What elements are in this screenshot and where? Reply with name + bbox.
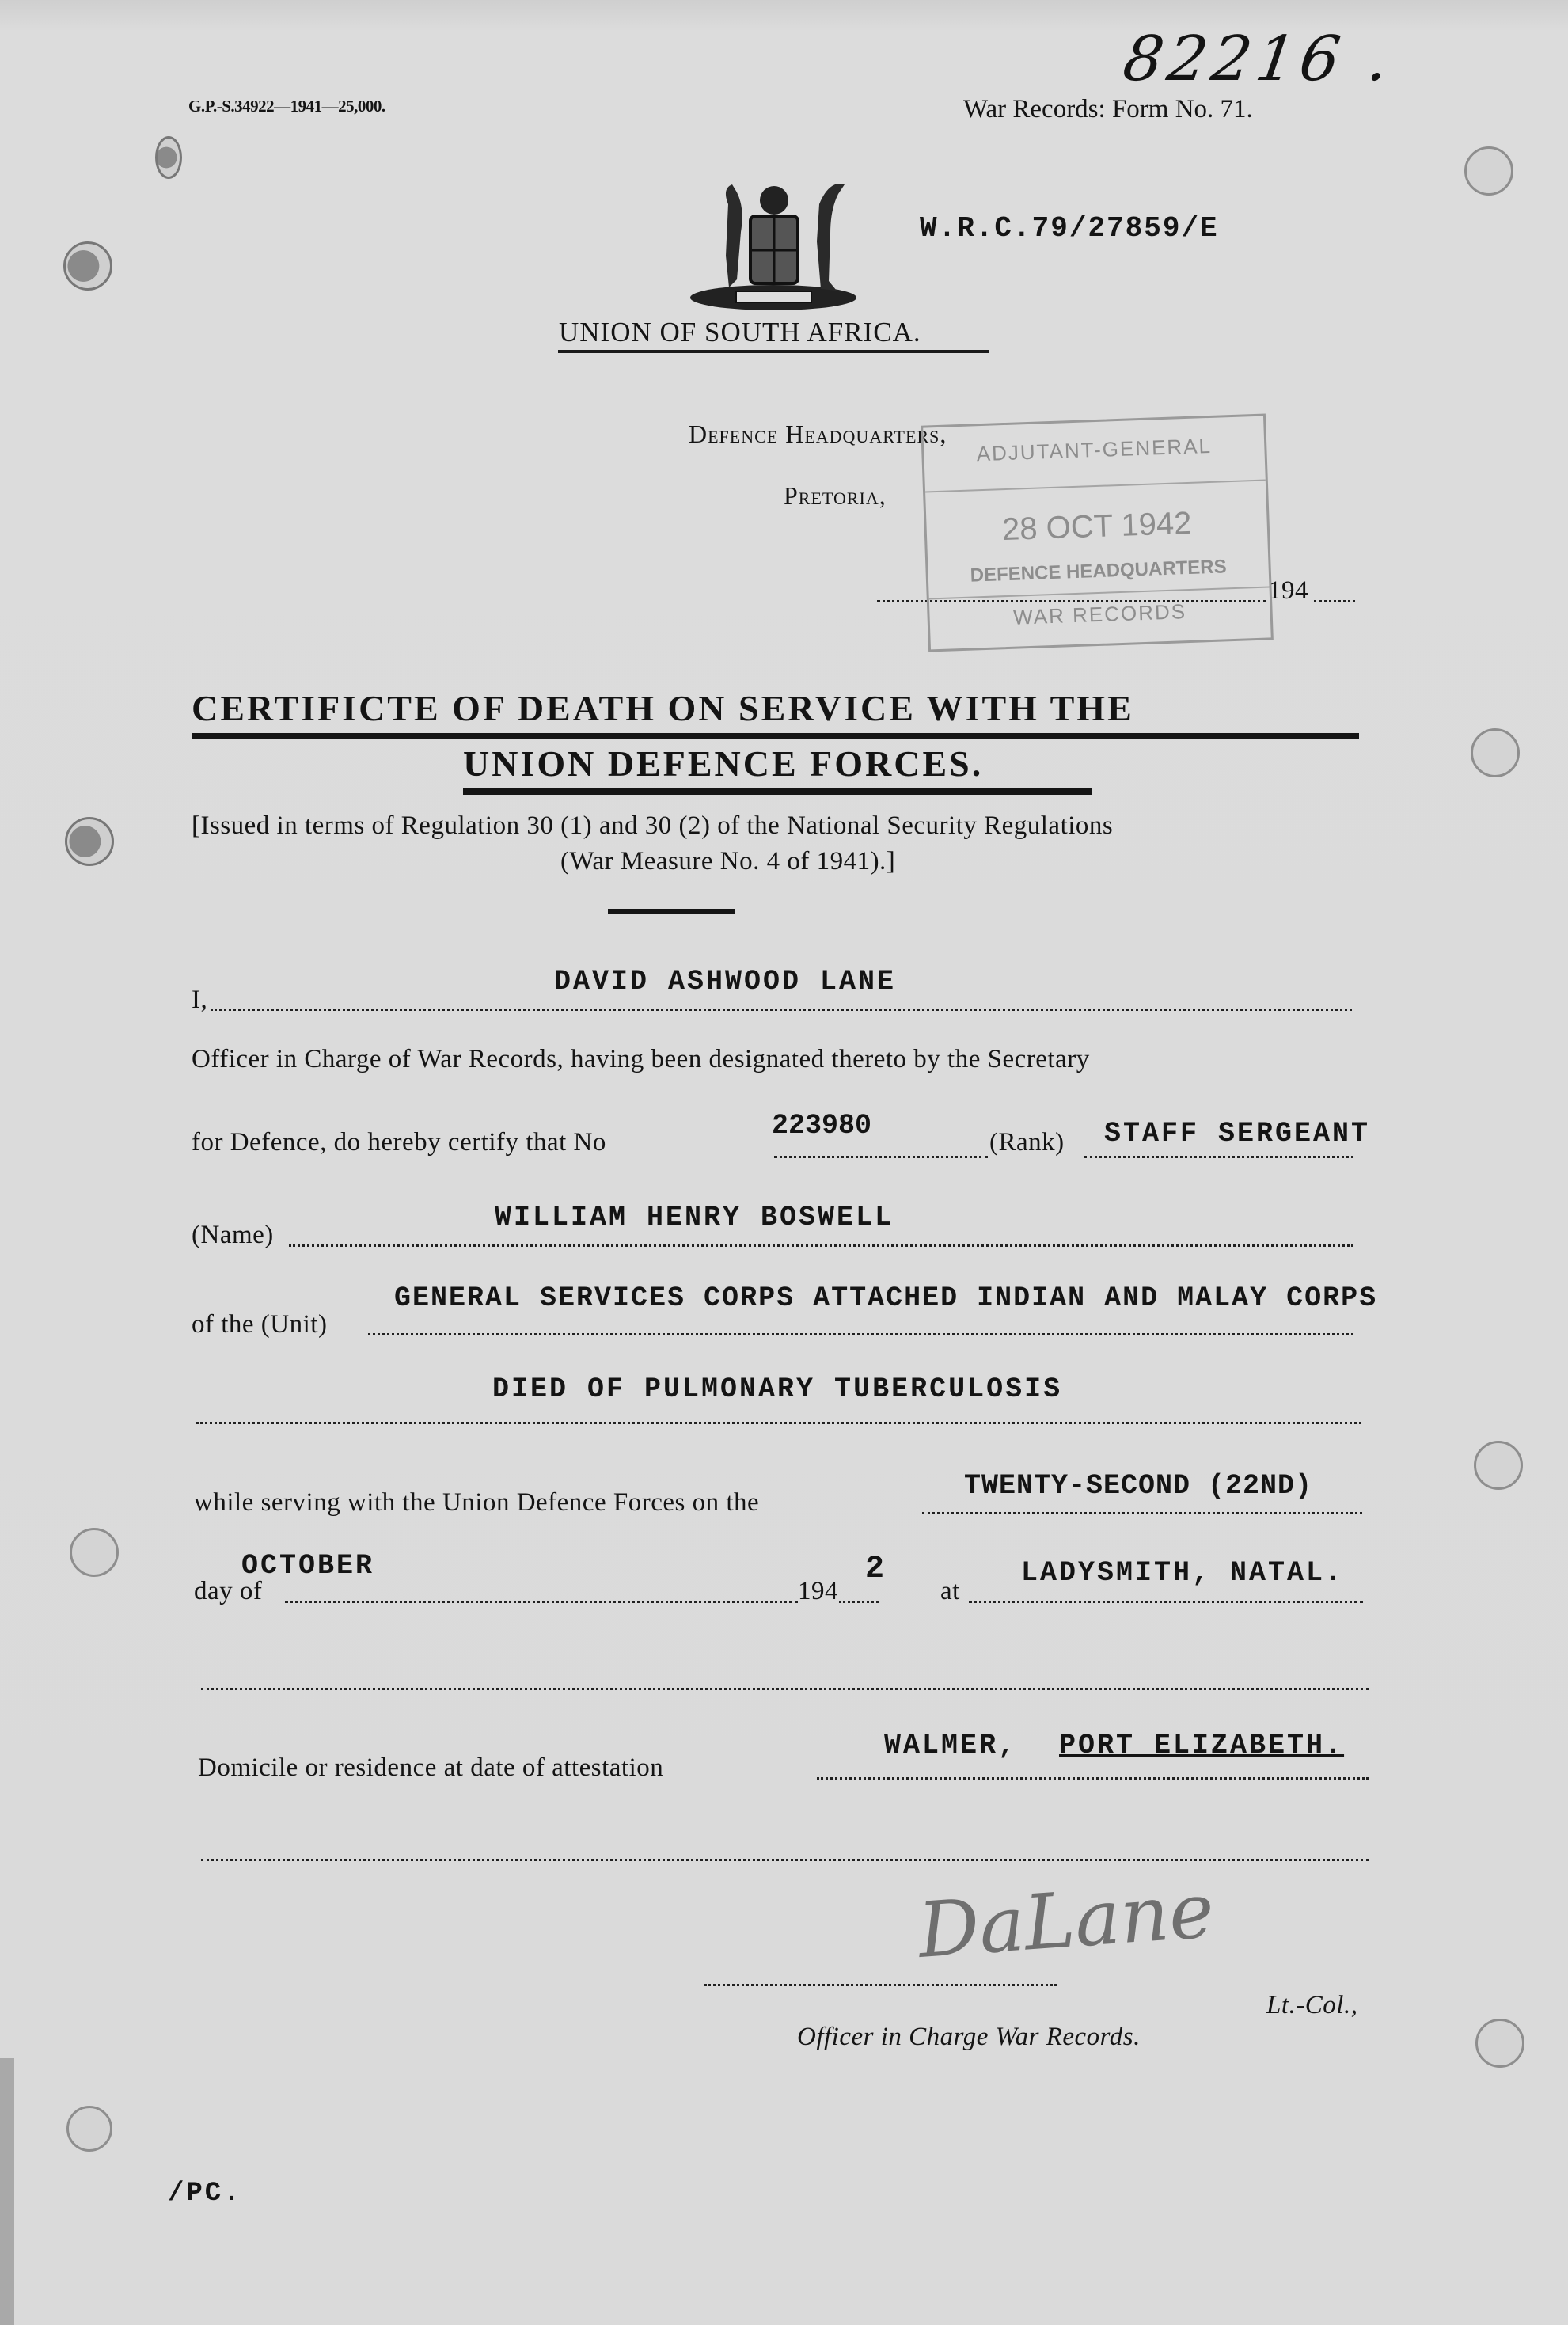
place-blank bbox=[969, 1601, 1363, 1603]
stamp-bottom: WAR RECORDS bbox=[929, 596, 1270, 633]
form-number: War Records: Form No. 71. bbox=[963, 95, 1253, 124]
year-prefix: 194 bbox=[798, 1577, 838, 1606]
service-number-blank bbox=[774, 1156, 988, 1158]
page-edge bbox=[0, 2058, 14, 2325]
punch-hole bbox=[65, 817, 114, 866]
stamp-middle: DEFENCE HEADQUARTERS bbox=[928, 554, 1269, 588]
certificate-title-line-1: CERTIFICTE OF DEATH ON SERVICE WITH THE bbox=[192, 687, 1134, 729]
place-of-death: LADYSMITH, NATAL. bbox=[1021, 1557, 1344, 1589]
certify-text: for Defence, do hereby certify that No bbox=[192, 1128, 606, 1157]
regulation-text-line-1: [Issued in terms of Regulation 30 (1) an… bbox=[192, 811, 1113, 841]
month-blank bbox=[285, 1601, 798, 1603]
signatory-title: Officer in Charge War Records. bbox=[797, 2023, 1141, 2052]
reference-number: W.R.C.79/27859/E bbox=[920, 212, 1219, 245]
domicile-blank bbox=[817, 1777, 1369, 1780]
cause-of-death: DIED OF PULMONARY TUBERCULOSIS bbox=[492, 1373, 1062, 1405]
officer-signature: DaLane bbox=[916, 1866, 1217, 1975]
footer-reference: /PC. bbox=[168, 2179, 242, 2209]
divider bbox=[558, 350, 989, 353]
blank-line bbox=[201, 1688, 1369, 1690]
stamp-top: ADJUTANT-GENERAL bbox=[924, 432, 1265, 469]
punch-hole bbox=[1475, 2019, 1524, 2068]
printer-code: G.P.-S.34922—1941—25,000. bbox=[188, 97, 385, 116]
address-line-2: Pretoria, bbox=[784, 481, 887, 511]
officer-name: DAVID ASHWOOD LANE bbox=[554, 966, 896, 997]
punch-hole bbox=[155, 136, 182, 179]
stamp-divider bbox=[925, 480, 1266, 493]
punch-hole bbox=[70, 1528, 119, 1577]
name-blank bbox=[289, 1244, 1353, 1247]
day-value: TWENTY-SECOND (22ND) bbox=[964, 1470, 1312, 1502]
punch-hole bbox=[1474, 1441, 1523, 1490]
unit-value: GENERAL SERVICES CORPS ATTACHED INDIAN A… bbox=[394, 1282, 1377, 1314]
date-blank bbox=[1314, 600, 1355, 602]
unit-label: of the (Unit) bbox=[192, 1310, 327, 1339]
service-number: 223980 bbox=[772, 1110, 871, 1142]
certificate-page: G.P.-S.34922—1941—25,000. War Records: F… bbox=[0, 0, 1568, 2325]
unit-blank bbox=[368, 1333, 1353, 1335]
address-line-1: Defence Headquarters, bbox=[689, 420, 947, 449]
punch-hole bbox=[1471, 728, 1520, 777]
received-stamp: ADJUTANT-GENERAL 28 OCT 1942 DEFENCE HEA… bbox=[921, 413, 1274, 652]
day-of-label: day of bbox=[194, 1577, 262, 1606]
punch-hole bbox=[1464, 146, 1513, 196]
rank-label: (Rank) bbox=[989, 1128, 1065, 1157]
punch-hole bbox=[66, 2106, 112, 2152]
regulation-text-line-2: (War Measure No. 4 of 1941).] bbox=[560, 847, 895, 876]
certificate-title-line-2: UNION DEFENCE FORCES. bbox=[463, 743, 983, 784]
at-label: at bbox=[940, 1577, 960, 1606]
rank-blank bbox=[1084, 1156, 1353, 1158]
year-blank bbox=[839, 1601, 879, 1603]
blank-line bbox=[201, 1859, 1369, 1861]
domicile-part-1: WALMER, bbox=[884, 1730, 1017, 1761]
year-suffix: 2 bbox=[865, 1552, 887, 1587]
date-year-prefix: 194 bbox=[1268, 576, 1308, 606]
officer-name-blank bbox=[211, 1009, 1352, 1011]
officer-description: Officer in Charge of War Records, having… bbox=[192, 1045, 1090, 1074]
deceased-name: WILLIAM HENRY BOSWELL bbox=[495, 1202, 894, 1233]
handwritten-file-number: 82216 . bbox=[1119, 24, 1398, 95]
domicile-label: Domicile or residence at date of attesta… bbox=[198, 1753, 663, 1783]
signature-blank bbox=[704, 1984, 1057, 1986]
coat-of-arms-icon bbox=[681, 180, 867, 311]
officer-prefix: I, bbox=[192, 986, 207, 1015]
name-label: (Name) bbox=[192, 1221, 274, 1250]
rank-value: STAFF SERGEANT bbox=[1104, 1118, 1370, 1149]
signatory-rank: Lt.-Col., bbox=[1266, 1991, 1357, 2020]
punch-hole bbox=[63, 241, 112, 291]
day-blank bbox=[922, 1512, 1362, 1514]
title-underline bbox=[463, 788, 1092, 795]
country-heading: UNION OF SOUTH AFRICA. bbox=[559, 317, 921, 348]
domicile-part-2: PORT ELIZABETH. bbox=[1059, 1730, 1344, 1761]
stamp-date: 28 OCT 1942 bbox=[926, 503, 1267, 551]
title-underline bbox=[192, 733, 1359, 739]
cause-blank bbox=[196, 1422, 1361, 1424]
section-divider bbox=[608, 909, 735, 914]
serving-text: while serving with the Union Defence For… bbox=[194, 1488, 759, 1518]
